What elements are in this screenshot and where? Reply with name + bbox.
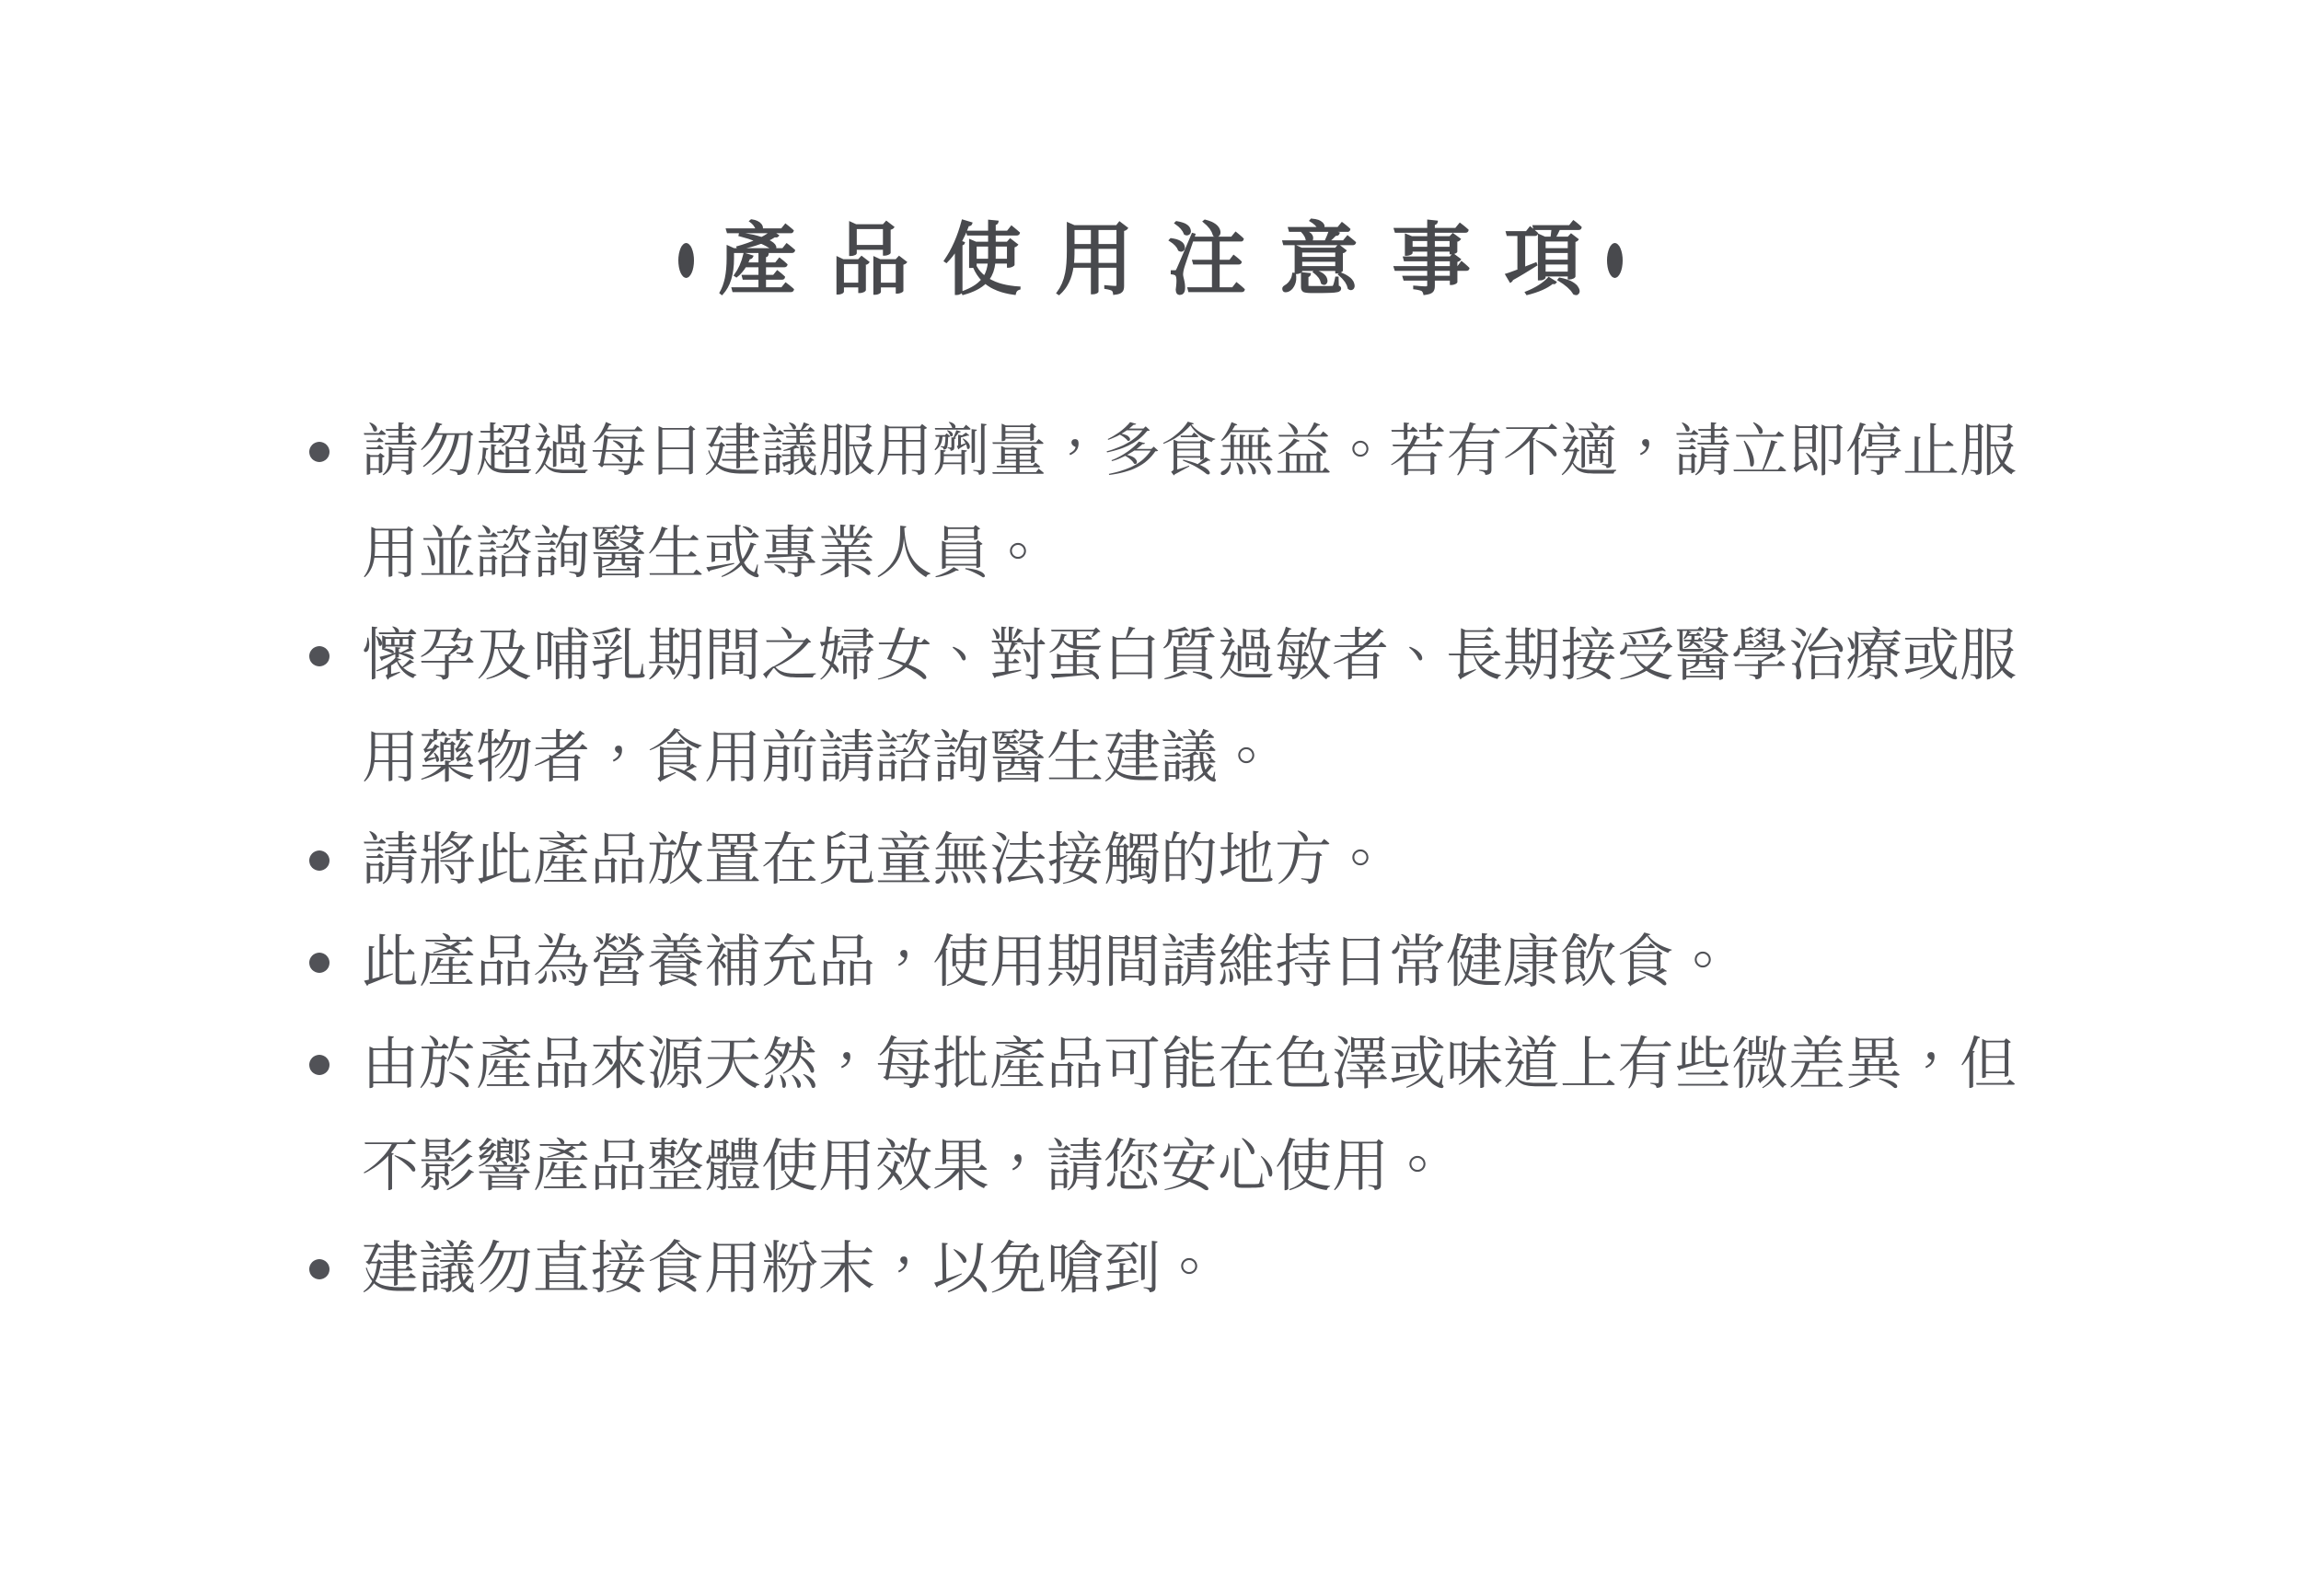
bullet-dot-icon — [309, 850, 330, 871]
page: { "colors": { "background": "#ffffff", "… — [0, 0, 2301, 1596]
notice-text: 由於產品來源天然，每批產品可能在色澤或味道上有些微差異，但不影響產品整體使用效果… — [362, 1013, 2029, 1218]
notice-text: 此產品為營養補充品，使用期間請維持日常健康飲食。 — [362, 911, 2029, 1013]
notice-text: 請勿超過每日建議服用劑量，多食無益。若有不適，請立即停止服用並諮詢醫生或專業人員… — [362, 400, 2029, 605]
bullet-dot-icon — [309, 1055, 330, 1075]
list-item: 請勿超過每日建議服用劑量，多食無益。若有不適，請立即停止服用並諮詢醫生或專業人員… — [309, 400, 2058, 605]
notice-text: 請將此產品放置在兒童無法接觸的地方。 — [362, 809, 2029, 911]
list-item: 懷孕及哺乳期間之婦女、對蛋白質過敏者、長期接受醫學治療或服用藥物者，食用前請諮詢… — [309, 605, 2058, 809]
title-left-dot-icon — [678, 243, 694, 278]
notice-list: 請勿超過每日建議服用劑量，多食無益。若有不適，請立即停止服用並諮詢醫生或專業人員… — [309, 400, 2058, 1320]
page-title: 產品使用注意事項 — [0, 217, 2301, 305]
list-item: 建議勿直接食用粉末，以免嗆到。 — [309, 1218, 2058, 1320]
list-item: 請將此產品放置在兒童無法接觸的地方。 — [309, 809, 2058, 911]
bullet-dot-icon — [309, 953, 330, 973]
bullet-dot-icon — [309, 1259, 330, 1279]
notice-text: 懷孕及哺乳期間之婦女、對蛋白質過敏者、長期接受醫學治療或服用藥物者，食用前請諮詢… — [362, 605, 2029, 809]
list-item: 由於產品來源天然，每批產品可能在色澤或味道上有些微差異，但不影響產品整體使用效果… — [309, 1013, 2058, 1218]
list-item: 此產品為營養補充品，使用期間請維持日常健康飲食。 — [309, 911, 2058, 1013]
title-right-dot-icon — [1607, 243, 1623, 278]
page-title-text: 產品使用注意事項 — [718, 217, 1616, 305]
bullet-dot-icon — [309, 442, 330, 462]
bullet-dot-icon — [309, 646, 330, 666]
notice-text: 建議勿直接食用粉末，以免嗆到。 — [362, 1218, 2029, 1320]
